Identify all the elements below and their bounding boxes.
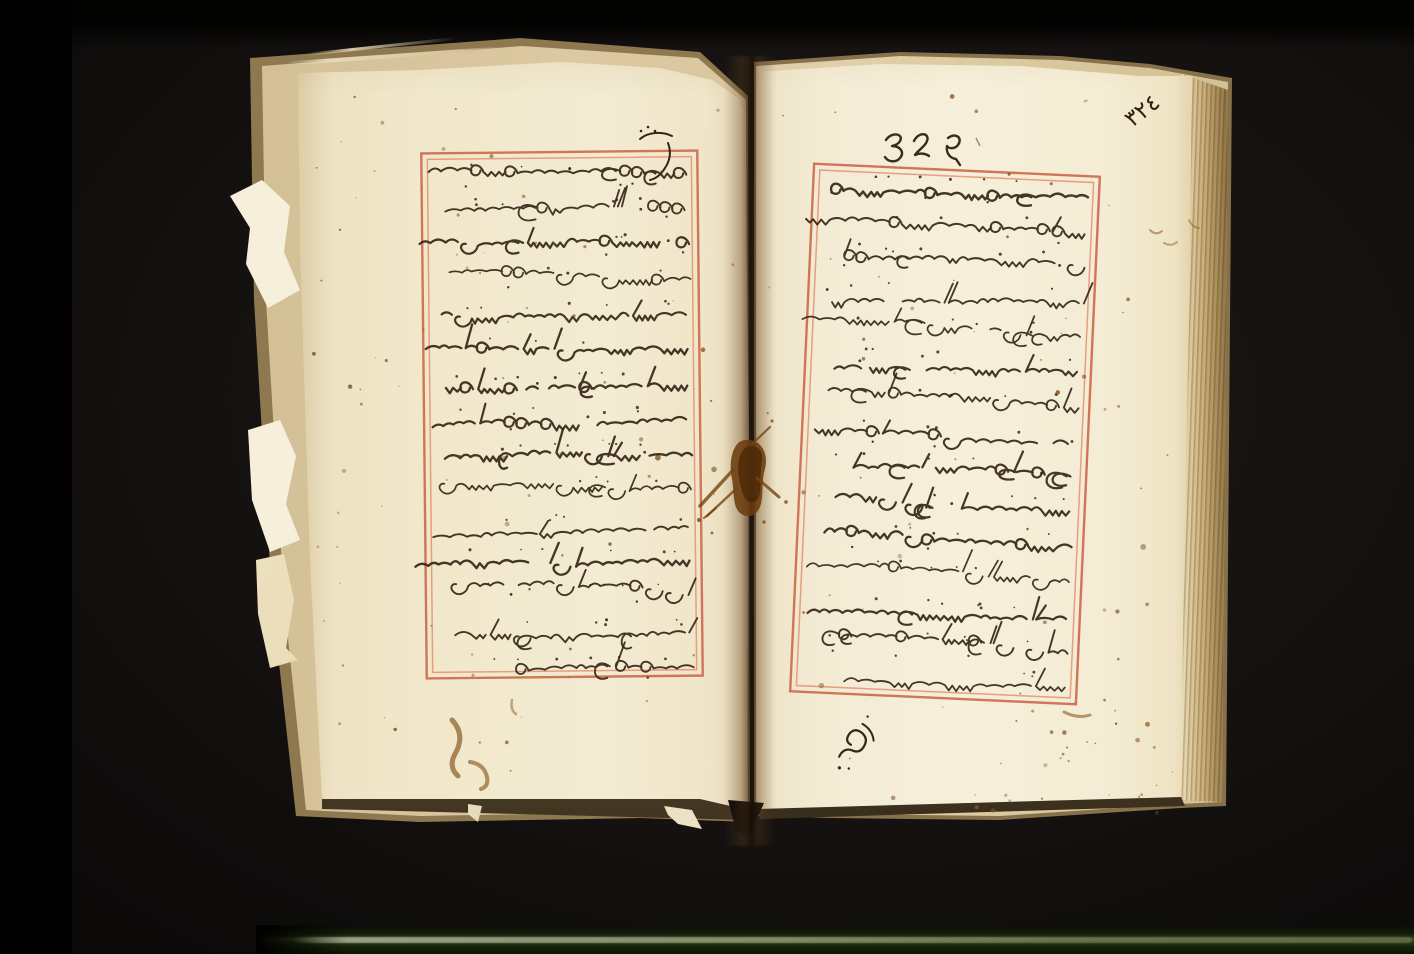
- devanagari-page-number: [885, 134, 980, 165]
- ink-overlay: [0, 0, 1414, 954]
- stain-smudges: [452, 220, 1199, 789]
- left-page-text-lines: [411, 161, 698, 681]
- right-page-text-lines: [785, 170, 1097, 696]
- catchword-flourish: [822, 715, 886, 774]
- foxing-spots-right: [767, 94, 1174, 815]
- photo-background: ٣٢٤: [0, 0, 1414, 954]
- gutter-ink-blot: [697, 420, 788, 535]
- left-page-ruled-frame: [421, 151, 702, 679]
